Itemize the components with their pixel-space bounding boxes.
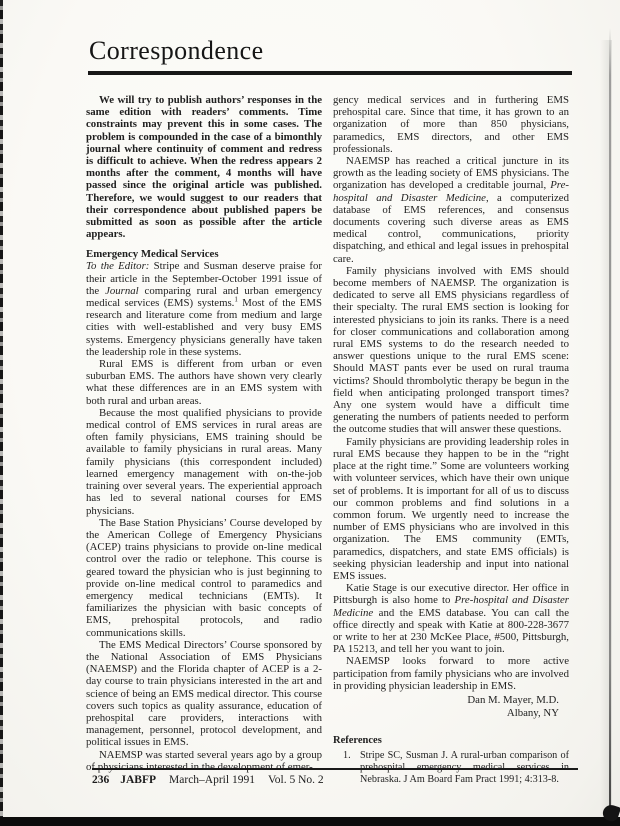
paragraph-continuation: gency medical services and in furthering…: [333, 94, 569, 155]
paragraph-rural-ems: Rural EMS is different from urban or eve…: [86, 358, 322, 407]
title-rule: [88, 71, 572, 75]
scan-edge-bottom: [0, 817, 620, 826]
footer-page-number: 236: [92, 774, 109, 786]
scan-edge-left: [0, 0, 3, 826]
page-title: Correspondence: [89, 36, 264, 66]
scanned-journal-page: Correspondence We will try to publish au…: [0, 0, 620, 826]
paragraph-katie-stage: Katie Stage is our executive director. H…: [333, 582, 569, 655]
to-the-editor-lead: To the Editor:: [86, 260, 154, 272]
right-column: gency medical services and in furthering…: [333, 94, 569, 786]
paragraph-family-join: Family physicians involved with EMS shou…: [333, 265, 569, 436]
scan-edge-right: [609, 28, 611, 818]
paragraph-closing: NAEMSP looks forward to more active part…: [333, 655, 569, 692]
section-heading: Emergency Medical Services: [86, 248, 322, 260]
paragraph-to-editor: To the Editor: Stripe and Susman deserve…: [86, 260, 322, 358]
journal-name-italic: Journal: [105, 285, 139, 297]
reference-number: 1.: [343, 750, 351, 762]
paragraph-base-station-course: The Base Station Physicians’ Course deve…: [86, 517, 322, 639]
paragraph-qualified-physicians: Because the most qualified physicians to…: [86, 407, 322, 517]
paragraph-medical-directors-course: The EMS Medical Directors’ Course sponso…: [86, 639, 322, 749]
paragraph-naemsp-juncture: NAEMSP has reached a critical juncture i…: [333, 155, 569, 265]
editorial-note: We will try to publish authors’ response…: [86, 94, 322, 240]
signature-block: Dan M. Mayer, M.D. Albany, NY: [333, 694, 569, 719]
page-footer: 236JABFPMarch–April 1991Vol. 5 No. 2: [92, 774, 324, 786]
left-column: We will try to publish authors’ response…: [86, 94, 322, 773]
footer-volume: Vol. 5 No. 2: [268, 774, 324, 786]
signature-location: Albany, NY: [333, 707, 559, 720]
footer-issue: March–April 1991: [169, 774, 255, 786]
footer-journal-abbrev: JABFP: [120, 774, 156, 786]
footer-rule: [92, 768, 578, 770]
paragraph-family-leadership: Family physicians are providing leadersh…: [333, 436, 569, 582]
signature-name: Dan M. Mayer, M.D.: [333, 694, 559, 707]
references-heading: References: [333, 735, 569, 747]
